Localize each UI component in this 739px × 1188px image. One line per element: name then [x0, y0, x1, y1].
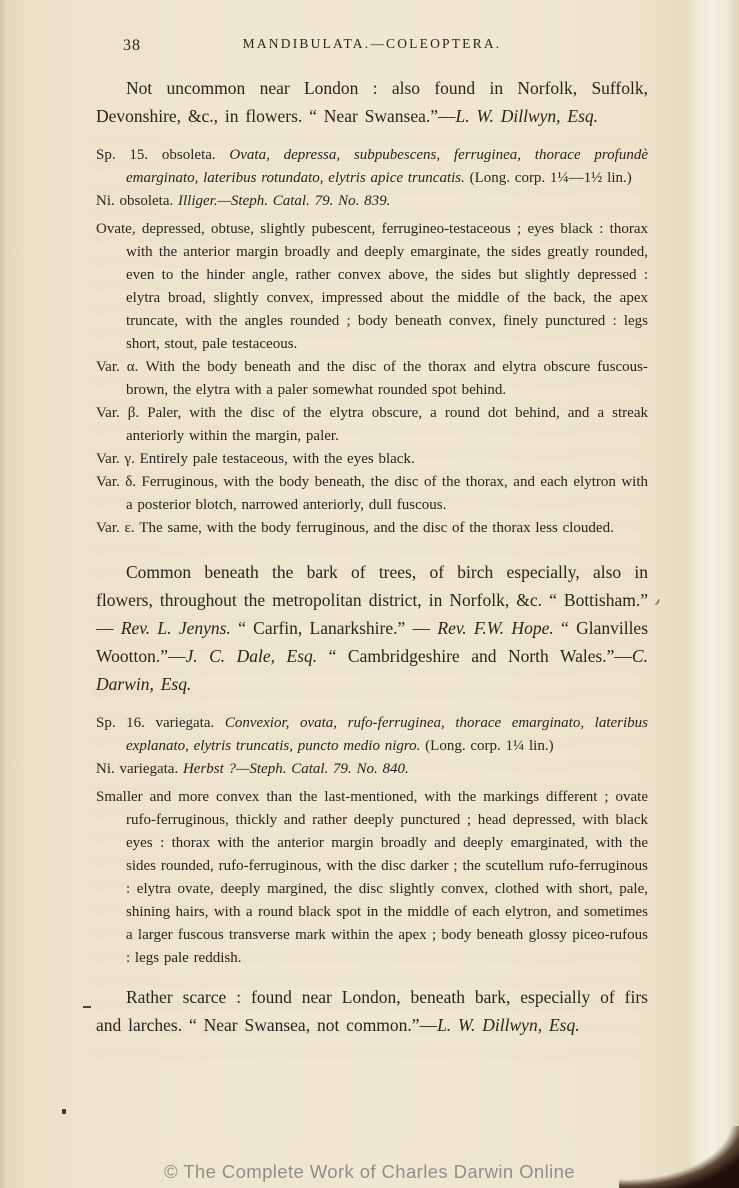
variety-epsilon: Var. ε. The same, with the body ferrugin…: [96, 517, 648, 540]
text-run: Var. β. Paler, with the disc of the elyt…: [96, 405, 648, 444]
text-run: Var. δ. Ferruginous, with the body benea…: [96, 474, 648, 513]
text-run: L. W. Dillwyn, Esq.: [456, 106, 599, 126]
text-run: Ni. obsoleta.: [96, 193, 178, 209]
variety-gamma: Var. γ. Entirely pale testaceous, with t…: [96, 448, 648, 471]
text-run: Var. γ. Entirely pale testaceous, with t…: [96, 451, 415, 467]
text-run: (Long. corp. 1¼—1½ lin.): [465, 170, 632, 186]
species-15-localities: Common beneath the bark of trees, of bir…: [96, 558, 648, 698]
text-run: (Long. corp. 1¼ lin.): [420, 738, 553, 754]
text-run: Ni. variegata.: [96, 761, 183, 777]
species-16-description: Smaller and more convex than the last-me…: [96, 786, 648, 970]
text-run: Var. α. With the body beneath and the di…: [96, 359, 648, 398]
ink-speck-artifact: [62, 1109, 66, 1114]
book-page-scan: 38 MANDIBULATA.—COLEOPTERA. Not uncommon…: [0, 0, 739, 1188]
text-run: L. W. Dillwyn, Esq.: [437, 1015, 580, 1035]
running-header: MANDIBULATA.—COLEOPTERA.: [96, 36, 648, 52]
text-run: Smaller and more convex than the last-me…: [96, 789, 648, 966]
text-run: Sp. 15. obsoleta.: [96, 147, 229, 163]
text-run: J. C. Dale, Esq.: [185, 646, 317, 666]
text-run: Sp. 16. variegata.: [96, 715, 225, 731]
species-16-synonymy: Ni. variegata. Herbst ?—Steph. Catal. 79…: [96, 758, 648, 781]
text-run: “ Carfin, Lanarkshire.” —: [231, 618, 438, 638]
text-run: Rev. F.W. Hope.: [437, 618, 553, 638]
page-content: 38 MANDIBULATA.—COLEOPTERA. Not uncommon…: [96, 36, 648, 1039]
ink-tick-artifact: [651, 597, 660, 606]
species-16-diagnosis: Sp. 16. variegata. Convexior, ovata, ruf…: [96, 712, 648, 758]
intro-paragraph: Not uncommon near London : also found in…: [96, 74, 648, 130]
species-15-diagnosis: Sp. 15. obsoleta. Ovata, depressa, subpu…: [96, 144, 648, 190]
stray-print-mark: [83, 1006, 91, 1008]
variety-delta: Var. δ. Ferruginous, with the body benea…: [96, 471, 648, 517]
text-run: Rev. L. Jenyns.: [121, 618, 231, 638]
page-number: 38: [123, 37, 141, 55]
text-run: Illiger.—Steph. Catal. 79. No. 839.: [178, 193, 390, 209]
text-run: “ Cambridgeshire and North Wales.”—: [317, 646, 632, 666]
text-block: Not uncommon near London : also found in…: [96, 74, 648, 1039]
variety-alpha: Var. α. With the body beneath and the di…: [96, 356, 648, 402]
species-15-description: Ovate, depressed, obtuse, slightly pubes…: [96, 218, 648, 356]
species-16-localities: Rather scarce : found near London, benea…: [96, 983, 648, 1039]
variety-beta: Var. β. Paler, with the disc of the elyt…: [96, 402, 648, 448]
darwin-online-credit: © The Complete Work of Charles Darwin On…: [0, 1161, 739, 1183]
species-15-synonymy: Ni. obsoleta. Illiger.—Steph. Catal. 79.…: [96, 190, 648, 213]
text-run: Ovate, depressed, obtuse, slightly pubes…: [96, 221, 648, 352]
text-run: Herbst ?—Steph. Catal. 79. No. 840.: [183, 761, 409, 777]
text-run: Var. ε. The same, with the body ferrugin…: [96, 520, 614, 536]
